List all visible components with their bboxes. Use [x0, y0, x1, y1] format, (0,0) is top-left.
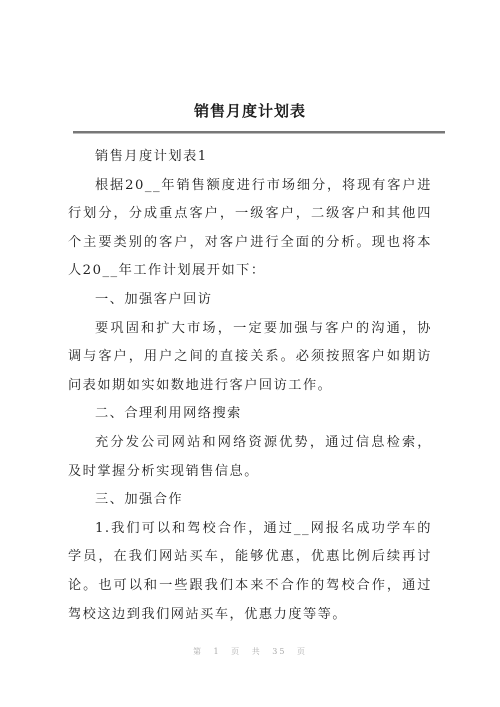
footer-page-word: 页 — [231, 647, 241, 656]
title-divider — [73, 131, 445, 134]
heading-customer-visits: 一、加强客户回访 — [68, 286, 432, 315]
footer-suffix: 页 — [297, 647, 307, 656]
document-title: 销售月度计划表 — [0, 100, 500, 121]
page-footer: 第 1 页 共 35 页 — [0, 646, 500, 657]
intro-paragraph: 根据20__年销售额度进行市场细分，将现有客户进行划分，分成重点客户，一级客户，… — [68, 172, 432, 286]
section-subtitle: 销售月度计划表1 — [68, 143, 432, 172]
paragraph-customer-visits: 要巩固和扩大市场，一定要加强与客户的沟通，协调与客户，用户之间的直接关系。必须按… — [68, 315, 432, 401]
document-body: 销售月度计划表1 根据20__年销售额度进行市场细分，将现有客户进行划分，分成重… — [68, 143, 432, 629]
footer-prefix: 第 — [193, 647, 203, 656]
heading-cooperation: 三、加强合作 — [68, 486, 432, 515]
total-pages-number: 35 — [272, 647, 286, 656]
current-page-number: 1 — [214, 647, 221, 656]
heading-network-search: 二、合理利用网络搜索 — [68, 400, 432, 429]
paragraph-network-search: 充分发公司网站和网络资源优势，通过信息检索，及时掌握分析实现销售信息。 — [68, 429, 432, 486]
paragraph-cooperation: 1.我们可以和驾校合作，通过__网报名成功学车的学员，在我们网站买车，能够优惠，… — [68, 515, 432, 629]
footer-total-prefix: 共 — [252, 647, 262, 656]
